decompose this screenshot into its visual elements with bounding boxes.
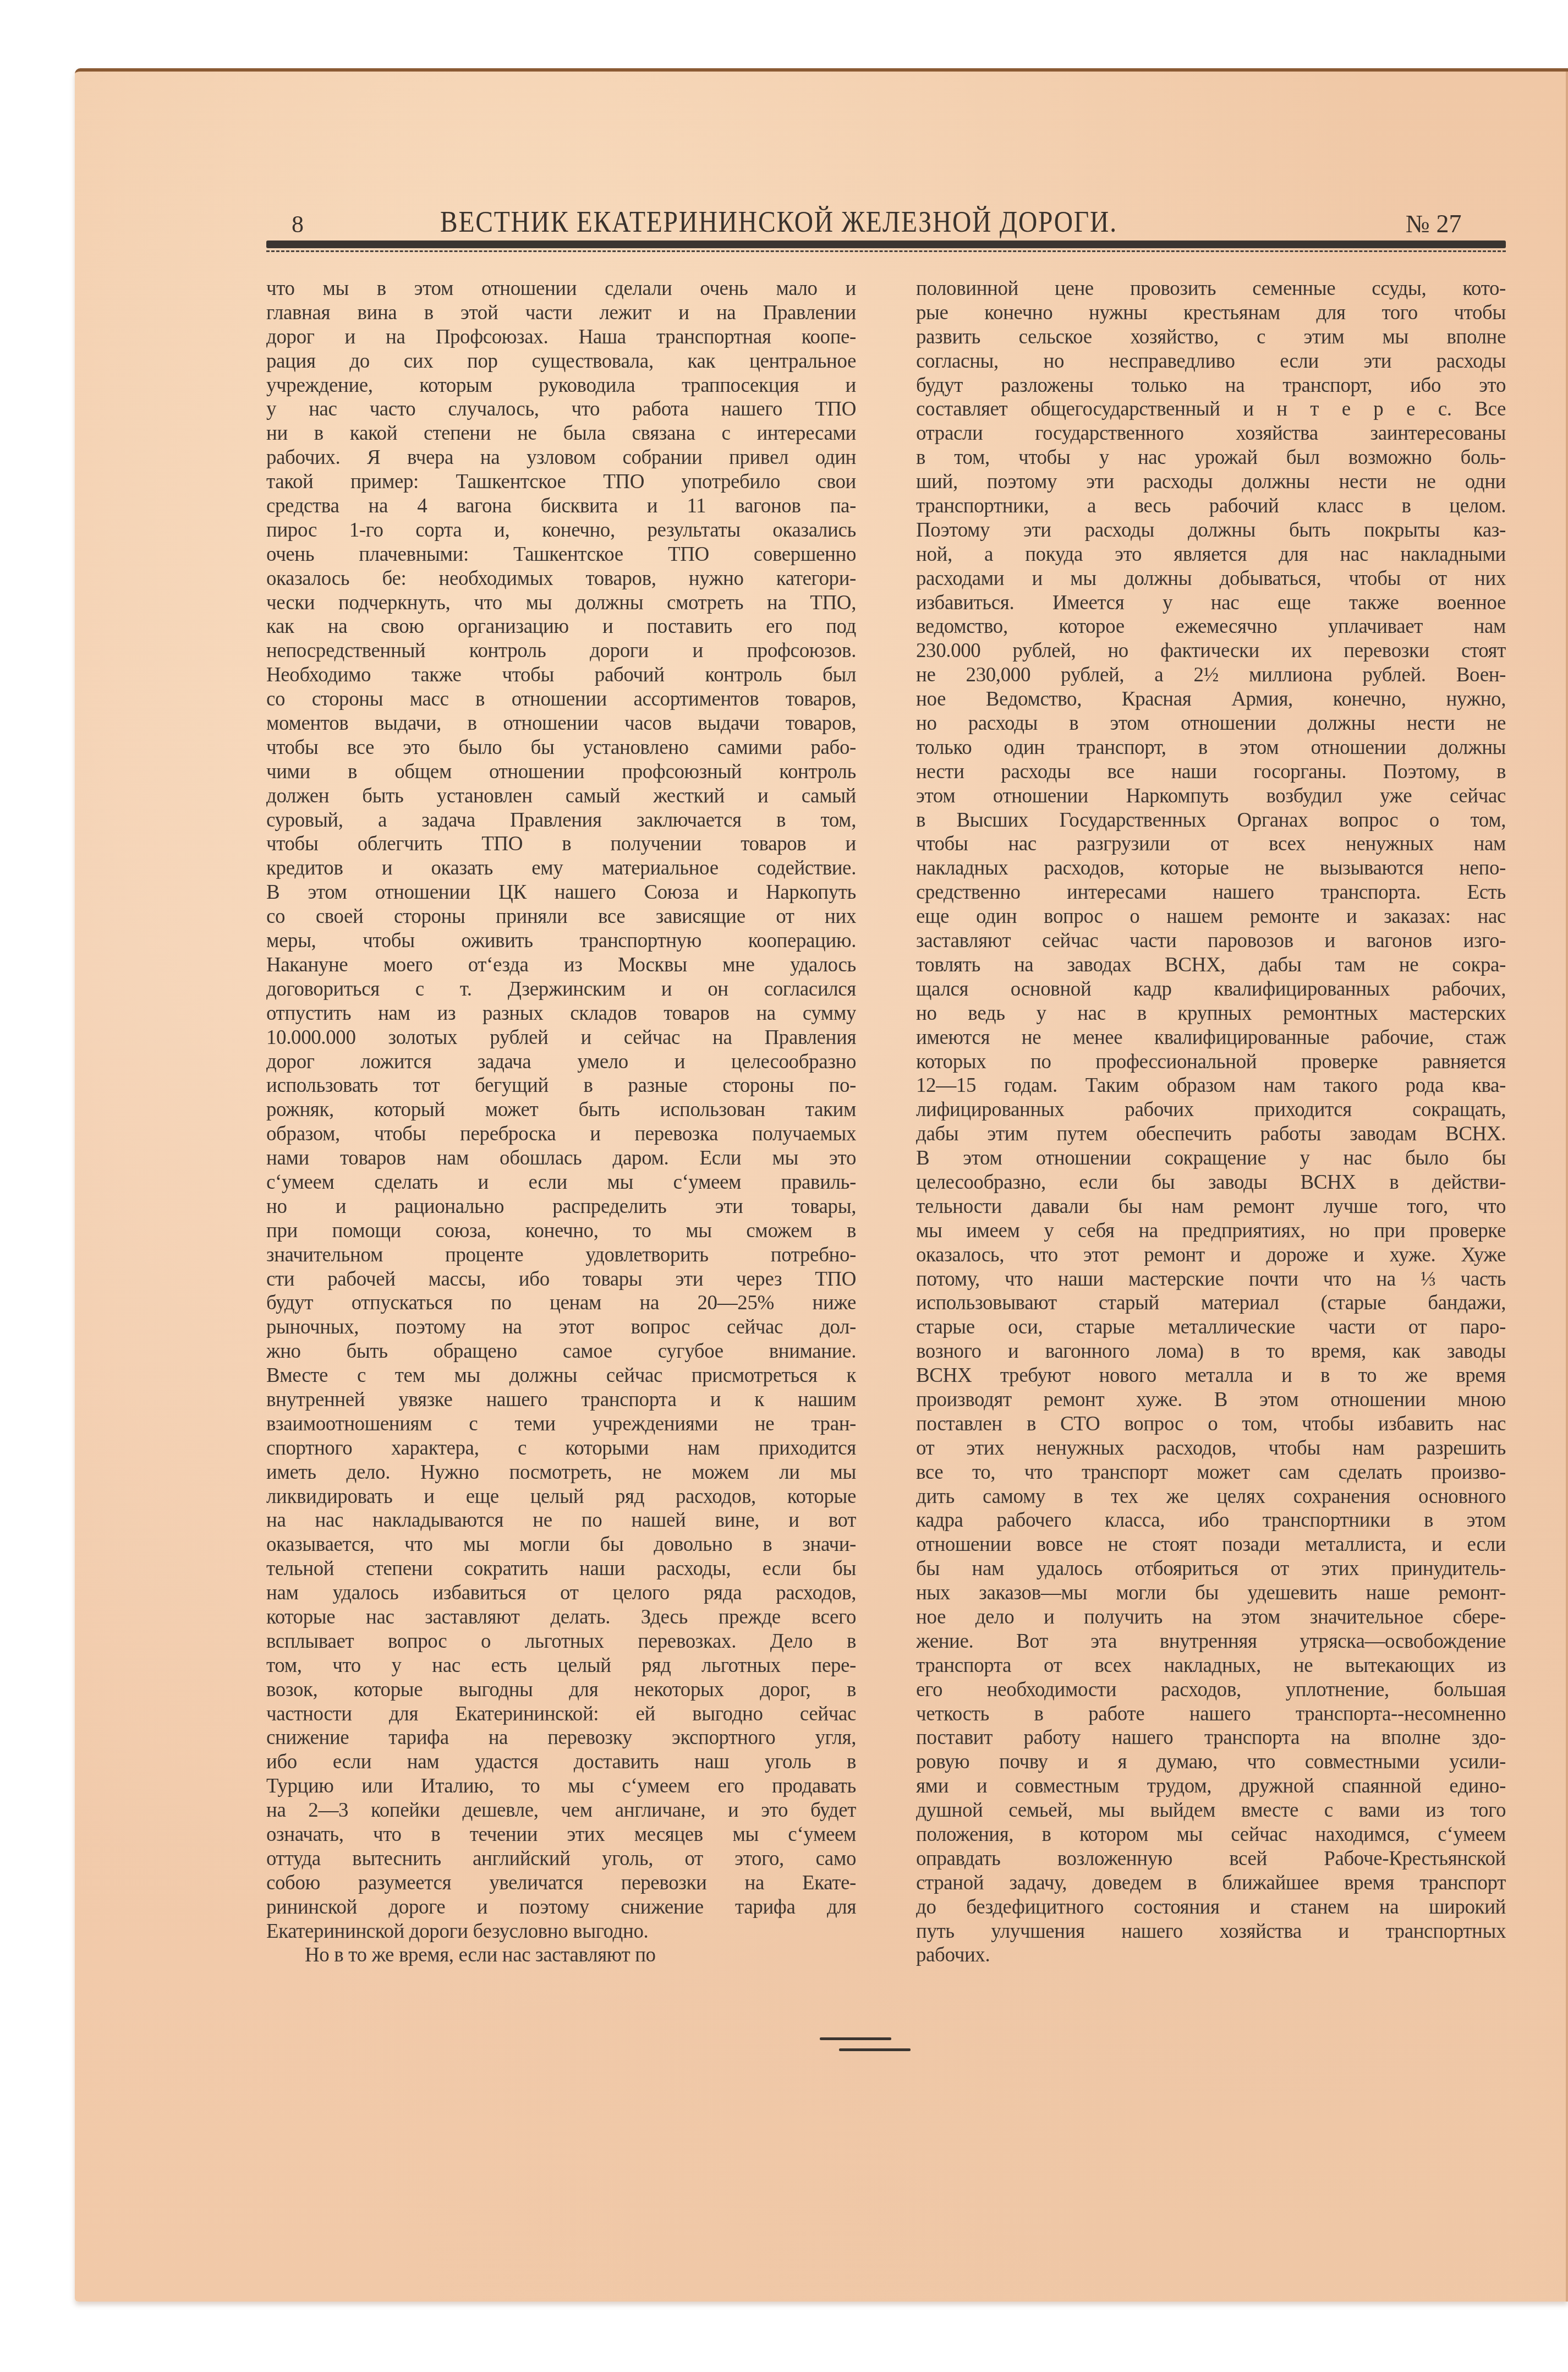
text-line: непосредственный контроль дороги и профс… [266,639,856,663]
text-line: должен быть установлен самый жесткий и с… [266,784,856,808]
text-line: Но в то же время, если нас заставляют по [266,1943,856,1967]
text-line: дить самому в тех же целях сохранения ос… [916,1485,1506,1509]
text-line: оказалось бе: необходимых товаров, нужно… [266,567,856,591]
right-text-column: половинной цене провозить семенные ссуды… [916,277,1506,1967]
text-line: четкость в работе нашего транспорта--нес… [916,1702,1506,1726]
text-line: но и рационально распределить эти товары… [266,1195,856,1219]
text-line: 12—15 годам. Таким образом нам такого ро… [916,1074,1506,1098]
text-line: использовывают старый материал (старые б… [916,1291,1506,1315]
text-line: чески подчеркнуть, что мы должны смотрет… [266,591,856,615]
text-line: В этом отношении ЦК нашего Союза и Нарко… [266,881,856,905]
left-text-column: что мы в этом отношении сделали очень ма… [266,277,856,1967]
text-line: накладных расходов, которые не вызываютс… [916,856,1506,881]
text-line: целесообразно, если бы заводы ВСНХ в дей… [916,1171,1506,1195]
text-line: душной семьей, мы выйдем вместе с вами и… [916,1799,1506,1823]
text-line: путь улучшения нашего хозяйства и трансп… [916,1920,1506,1944]
text-line: транспорта от всех накладных, не вытекаю… [916,1654,1506,1678]
text-line: собою разумеется увеличатся перевозки на… [266,1871,856,1895]
text-line: как на свою организацию и поставить его … [266,615,856,639]
text-line: на нас накладываются не по нашей вине, и… [266,1509,856,1533]
text-line: в Высших Государственных Органах вопрос … [916,808,1506,833]
text-line: рация до сих пор существовала, как центр… [266,349,856,374]
text-line: его необходимости расходов, уплотнение, … [916,1678,1506,1702]
text-line: страной задачу, доведем в ближайшее врем… [916,1871,1506,1895]
text-line: кадра рабочего класса, ибо транспортники… [916,1509,1506,1533]
text-line: ший, поэтому эти расходы должны нести не… [916,470,1506,494]
text-line: жно быть обращено самое сугубое внимание… [266,1340,856,1364]
text-line: до бездефицитного состояния и станем на … [916,1895,1506,1920]
text-line: такой пример: Ташкентское ТПО употребило… [266,470,856,494]
text-line: поставит работу нашего транспорта на впо… [916,1726,1506,1750]
text-line: ВСНХ требуют нового металла и в то же вр… [916,1364,1506,1388]
text-line: нести расходы все наши госорганы. Поэтом… [916,760,1506,784]
text-line: этом отношении Наркомпуть возбудил уже с… [916,784,1506,808]
text-line: но расходы в этом отношении должны нести… [916,712,1506,736]
text-line: мы имеем у себя на предприятиях, но при … [916,1219,1506,1243]
text-line: которые нас заставляют делать. Здесь пре… [266,1605,856,1630]
text-line: рые конечно нужны крестьянам для того чт… [916,301,1506,325]
text-line: Вместе с тем мы должны сейчас присмотрет… [266,1364,856,1388]
text-line: средства на 4 вагона бисквита и 11 вагон… [266,494,856,518]
text-line: имеются не менее квалифицированные рабоч… [916,1026,1506,1050]
text-line: снижение тарифа на перевозку экспортного… [266,1726,856,1750]
text-line: лифицированных рабочих приходится сокращ… [916,1098,1506,1122]
text-line: будут отпускаться по ценам на 20—25% ниж… [266,1291,856,1315]
text-line: В этом отношении сокращение у нас было б… [916,1146,1506,1171]
text-line: с‘умеем сделать и если мы с‘умеем правил… [266,1171,856,1195]
text-line: будут разложены только на транспорт, ибо… [916,374,1506,398]
text-line: сти рабочей массы, ибо товары эти через … [266,1267,856,1292]
text-line: рининской дороге и поэтому снижение тари… [266,1895,856,1920]
text-line: со стороны масс в отношении ассортименто… [266,687,856,712]
text-line: согласны, но несправедливо если эти расх… [916,349,1506,374]
text-line: средственно интересами нашего транспорта… [916,881,1506,905]
text-line: главная вина в этой части лежит и на Пра… [266,301,856,325]
text-line: ями и совместным трудом, дружной спаянно… [916,1774,1506,1799]
text-line: все то, что транспорт может сам сделать … [916,1461,1506,1485]
text-line: иметь дело. Нужно посмотреть, не можем л… [266,1461,856,1485]
text-line: потому, что наши мастерские почти что на… [916,1267,1506,1292]
text-line: жение. Вот эта внутренняя утряска—освобо… [916,1630,1506,1654]
text-line: отрасли государственного хозяйства заинт… [916,422,1506,446]
text-line: дабы этим путем обеспечить работы завода… [916,1122,1506,1146]
text-line: дорог ложится задача умело и целесообраз… [266,1050,856,1074]
text-line: частности для Екатерининской: ей выгодно… [266,1702,856,1726]
text-line: всплывает вопрос о льготных перевозках. … [266,1630,856,1654]
text-line: Турцию или Италию, то мы с‘умеем его про… [266,1774,856,1799]
text-line: ное Ведомство, Красная Армия, конечно, н… [916,687,1506,712]
text-line: отношении вовсе не стоят позади металлис… [916,1533,1506,1557]
text-line: оправдать возложенную всей Рабоче-Кресть… [916,1847,1506,1871]
text-line: ровую почву и я думаю, что совместными у… [916,1750,1506,1774]
text-line: очень плачевными: Ташкентское ТПО соверш… [266,543,856,567]
text-line: тельной степени сократить наши расходы, … [266,1557,856,1581]
text-line: только один транспорт, в этом отношении … [916,736,1506,760]
text-line: чтобы нас разгрузили от всех ненужных на… [916,832,1506,856]
text-line: половинной цене провозить семенные ссуды… [916,277,1506,301]
text-line: Екатерининской дороги безусловно выгодно… [266,1920,856,1944]
text-line: составляет общегосударственный и н т е р… [916,397,1506,422]
masthead-title: ВЕСТНИК ЕКАТЕРИНИНСКОЙ ЖЕЛЕЗНОЙ ДОРОГИ. [440,205,1117,239]
text-line: оказалось, что этот ремонт и дороже и ху… [916,1243,1506,1267]
text-line: ной, а покуда это является для нас накла… [916,543,1506,567]
text-line: со своей стороны приняли все зависящие о… [266,905,856,929]
text-line: возок, которые выгодны для некоторых дор… [266,1678,856,1702]
text-line: транспортники, а весь рабочий класс в це… [916,494,1506,518]
text-line: внутренней увязке нашего транспорта и к … [266,1388,856,1412]
header-rule-thick [266,241,1506,248]
text-line: но ведь у нас в крупных ремонтных мастер… [916,1002,1506,1026]
text-line: бы нам удалось отбояриться от этих прину… [916,1557,1506,1581]
text-line: расходами и мы должны добываться, чтобы … [916,567,1506,591]
text-line: договориться с т. Дзержинским и он согла… [266,977,856,1002]
text-line: ибо если нам удастся доставить наш уголь… [266,1750,856,1774]
text-line: 10.000.000 золотых рублей и сейчас на Пр… [266,1026,856,1050]
text-line: спортного характера, с которыми нам прих… [266,1436,856,1461]
text-line: рабочих. [916,1943,1506,1967]
text-line: ное дело и получить на этом значительное… [916,1605,1506,1630]
end-ornament-line [820,2037,891,2040]
text-line: поставлен в СТО вопрос о том, чтобы изба… [916,1412,1506,1436]
text-line: образом, чтобы переброска и перевозка по… [266,1122,856,1146]
text-line: отпустить нам из разных складов товаров … [266,1002,856,1026]
text-line: ведомство, которое ежемесячно уплачивает… [916,615,1506,639]
text-line: дорог и на Профсоюзах. Наша транспортная… [266,325,856,349]
text-line: тельности давали бы нам ремонт лучше тог… [916,1195,1506,1219]
text-line: Поэтому эти расходы должны быть покрыты … [916,518,1506,543]
text-line: оказывается, что мы могли бы довольно в … [266,1533,856,1557]
text-line: старые оси, старые металлические части о… [916,1315,1506,1340]
text-line: что мы в этом отношении сделали очень ма… [266,277,856,301]
header-rule-thin [266,250,1506,252]
text-line: не 230,000 рублей, а 2½ миллиона рублей.… [916,663,1506,687]
text-line: нами товаров нам обошлась даром. Если мы… [266,1146,856,1171]
text-line: положения, в котором мы сейчас находимся… [916,1823,1506,1847]
text-line: возного и вагонного лома) в то время, ка… [916,1340,1506,1364]
text-line: ни в какой степени не была связана с инт… [266,422,856,446]
text-line: ных заказов—мы могли бы удешевить наше р… [916,1581,1506,1605]
text-line: чими в общем отношении профсоюзный контр… [266,760,856,784]
text-line: учреждение, которым руководила траппосек… [266,374,856,398]
text-line: от этих ненужных расходов, чтобы нам раз… [916,1436,1506,1461]
text-line: на 2—3 копейки дешевле, чем англичане, и… [266,1799,856,1823]
text-line: Необходимо также чтобы рабочий контроль … [266,663,856,687]
text-line: у нас часто случалось, что работа нашего… [266,397,856,422]
text-line: том, что у нас есть целый ряд льготных п… [266,1654,856,1678]
text-line: суровый, а задача Правления заключается … [266,808,856,833]
text-line: чтобы облегчить ТПО в получении товаров … [266,832,856,856]
text-line: развить сельское хозяйство, с этим мы вп… [916,325,1506,349]
text-line: значительном проценте удовлетворить потр… [266,1243,856,1267]
text-line: еще один вопрос о нашем ремонте и заказа… [916,905,1506,929]
text-line: рабочих. Я вчера на узловом собрании при… [266,446,856,470]
text-line: кредитов и оказать ему материальное соде… [266,856,856,881]
text-line: оттуда вытеснить английский уголь, от эт… [266,1847,856,1871]
text-line: заставляют сейчас части паровозов и ваго… [916,929,1506,953]
text-line: пирос 1-го сорта и, конечно, результаты … [266,518,856,543]
text-line: означать, что в течении этих месяцев мы … [266,1823,856,1847]
text-line: Накануне моего от‘езда из Москвы мне уда… [266,953,856,977]
text-line: производят ремонт хуже. В этом отношении… [916,1388,1506,1412]
text-line: чтобы все это было бы установлено самими… [266,736,856,760]
text-line: меры, чтобы оживить транспортную коопера… [266,929,856,953]
text-line: товлять на заводах ВСНХ, дабы там не сок… [916,953,1506,977]
text-line: нам удалось избавиться от целого ряда ра… [266,1581,856,1605]
end-ornament-line [839,2048,911,2051]
text-line: взаимоотношениям с теми учреждениями не … [266,1412,856,1436]
text-line: моментов выдачи, в отношении часов выдач… [266,712,856,736]
text-line: избавиться. Имеется у нас еще также воен… [916,591,1506,615]
text-line: в том, чтобы у нас урожай был возможно б… [916,446,1506,470]
text-line: использовать тот бегущий в разные сторон… [266,1074,856,1098]
text-line: рыночных, поэтому на этот вопрос сейчас … [266,1315,856,1340]
issue-number: № 27 [1406,209,1461,238]
text-line: щался основной кадр квалифицированных ра… [916,977,1506,1002]
page-number: 8 [292,210,304,238]
text-line: рожняк, который может быть использован т… [266,1098,856,1122]
text-line: 230.000 рублей, но фактически их перевоз… [916,639,1506,663]
text-line: при помощи союза, конечно, то мы сможем … [266,1219,856,1243]
text-line: которых по профессиональной проверке рав… [916,1050,1506,1074]
text-line: ликвидировать и еще целый ряд расходов, … [266,1485,856,1509]
